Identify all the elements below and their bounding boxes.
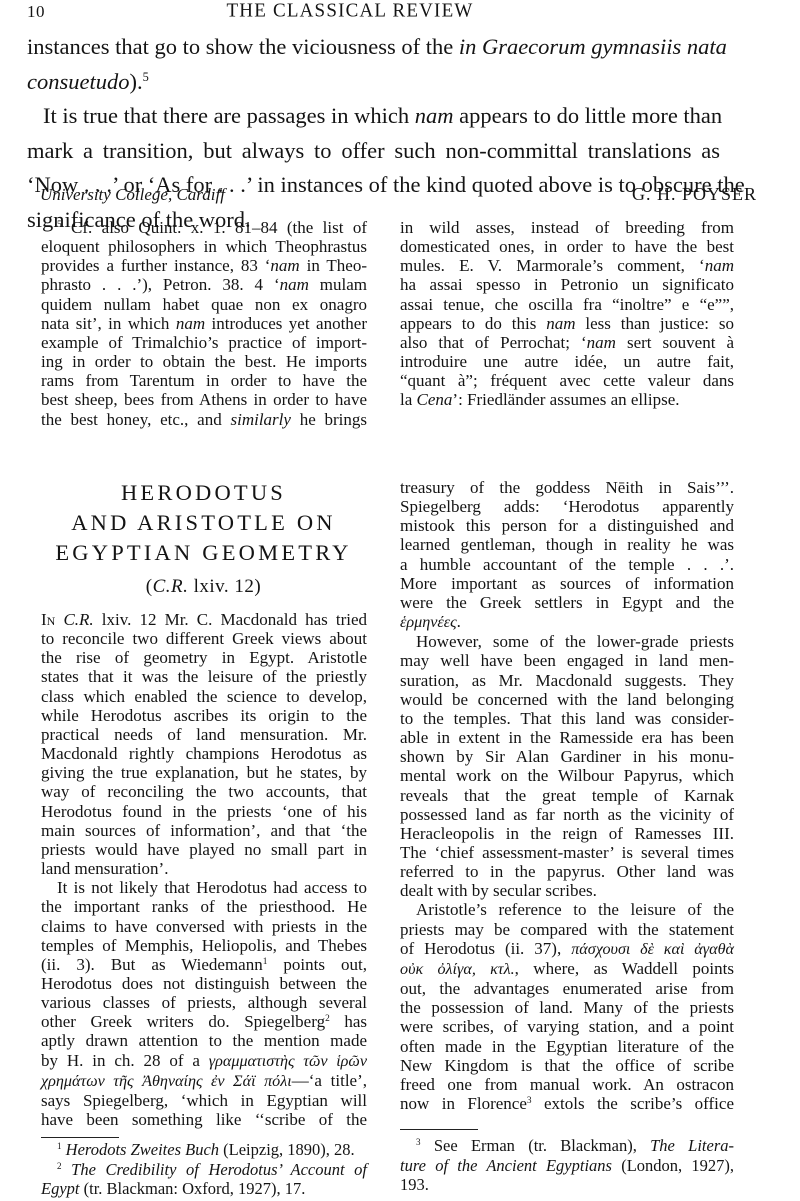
- text-line: land mensuration’.: [41, 859, 367, 878]
- footnote-marker: 2: [57, 1161, 62, 1171]
- text-span: nam: [270, 256, 299, 275]
- text-span: phrasto . . .’), Petron. 38. 4 ‘: [41, 275, 280, 294]
- text-line: instances that go to show the viciousnes…: [27, 30, 720, 65]
- footnote-5-left-column: 5 Cf. also Quint. x. 1. 81–84 (the list …: [41, 218, 367, 429]
- previous-article-text: instances that go to show the viciousnes…: [27, 30, 720, 237]
- text-line: possessed land as far north as the vicin…: [400, 805, 734, 824]
- article-right-column: treasury of the goddess Nēith in Sais’’’…: [400, 478, 734, 1113]
- text-span: priests would have played no small part …: [41, 840, 367, 859]
- text-span: claims to have conversed with priests in…: [41, 917, 367, 936]
- text-span: quidem nullam habet quae non ex onagro: [41, 295, 367, 314]
- text-span: However, some of the lower-grade priests: [416, 632, 734, 651]
- greek-text: χρημάτων τῆς Ἀθηναίης ἐν Σάϊ πόλι: [41, 1073, 292, 1090]
- text-span: by H. in ch. 28 of a: [41, 1051, 209, 1070]
- text-span: aptly drawn attention to the mention mad…: [41, 1031, 367, 1050]
- text-span: in Theo-: [300, 256, 367, 275]
- text-line: the possession of land. Many of the prie…: [400, 998, 734, 1017]
- text-line: 193.: [400, 1175, 734, 1195]
- text-span: were the Greek settlers in Egypt and the: [400, 593, 734, 612]
- text-line: appears to do this nam less than justice…: [400, 314, 734, 333]
- text-span: suration, as Mr. Macdonald suggests. The…: [400, 671, 734, 690]
- text-line: aptly drawn attention to the mention mad…: [41, 1031, 367, 1050]
- text-line: “quant à”; fréquent avec cette valeur da…: [400, 371, 734, 390]
- text-line: (ii. 3). But as Wiedemann1 points out,: [41, 955, 367, 974]
- initial-word: In: [41, 610, 55, 629]
- text-line: example of Trimalchio’s practice of impo…: [41, 333, 367, 352]
- text-span: Cena: [417, 390, 453, 409]
- text-span: shown by Sir Alan Gardiner in his monu-: [400, 747, 734, 766]
- text-span: often made in the Egyptian literature of…: [400, 1037, 734, 1056]
- text-span: See Erman (tr. Blackman),: [434, 1136, 650, 1155]
- text-line: reveals that the great temple of Karnak: [400, 786, 734, 805]
- text-line: best sheep, bees from Athens in order to…: [41, 390, 367, 409]
- text-line: suration, as Mr. Macdonald suggests. The…: [400, 671, 734, 690]
- text-line: In C.R. lxiv. 12 Mr. C. Macdonald has tr…: [41, 610, 367, 629]
- text-line: in wild asses, instead of breeding from: [400, 218, 734, 237]
- text-span: mistook this person for a distinguished …: [400, 516, 734, 535]
- text-span: extols the scribe’s office: [532, 1094, 734, 1113]
- author-name: G. H. POYSER: [632, 184, 757, 205]
- text-line: Macdonald rightly champions Herodotus as: [41, 744, 367, 763]
- text-line: way of reconciling the two accounts, tha…: [41, 782, 367, 801]
- footnote-rule: [400, 1129, 478, 1130]
- text-span: mulam: [309, 275, 367, 294]
- text-span: in wild asses, instead of breeding from: [400, 218, 734, 237]
- text-span: Herodots Zweites Buch: [66, 1140, 219, 1159]
- article-title-line: EGYPTIAN GEOMETRY: [40, 538, 367, 568]
- text-span: Herodotus does not distinguish between t…: [41, 974, 367, 993]
- text-line: various classes of priests, although sev…: [41, 993, 367, 1012]
- text-line: Heracleopolis in the reign of Ramesses I…: [400, 824, 734, 843]
- text-span: less than justice: so: [576, 314, 735, 333]
- text-line: The ‘chief assessment-master’ is several…: [400, 843, 734, 862]
- text-span: lxiv. 12 Mr. C. Macdonald has tried: [94, 610, 367, 629]
- text-span: says Spiegelberg, ‘which in Egyptian wil…: [41, 1091, 367, 1110]
- text-span: priests may be compared with the stateme…: [400, 920, 734, 939]
- text-span: Macdonald rightly champions Herodotus as: [41, 744, 367, 763]
- text-line: states that it was the leisure of the pr…: [41, 667, 367, 686]
- article-footnotes-right: 3 See Erman (tr. Blackman), The Litera-t…: [400, 1136, 734, 1195]
- text-line: the important ranks of the priesthood. H…: [41, 897, 367, 916]
- text-span: freed one from manual work. An ostracon: [400, 1075, 734, 1094]
- text-span: may well have been engaged in land men-: [400, 651, 734, 670]
- author-affiliation: University College, Cardiff: [40, 185, 225, 205]
- text-span: treasury of the goddess Nēith in Sais’’’…: [400, 478, 734, 497]
- text-span: C.R.: [55, 610, 93, 629]
- text-line: treasury of the goddess Nēith in Sais’’’…: [400, 478, 734, 497]
- text-span: reveals that the great temple of Karnak: [400, 786, 734, 805]
- text-line: eloquent philosophers in which Theophras…: [41, 237, 367, 256]
- text-line: It is true that there are passages in wh…: [27, 99, 720, 134]
- text-span: “quant à”; fréquent avec cette valeur da…: [400, 371, 734, 390]
- text-line: may well have been engaged in land men-: [400, 651, 734, 670]
- text-span: land mensuration’.: [41, 859, 168, 878]
- text-line: freed one from manual work. An ostracon: [400, 1075, 734, 1094]
- text-line: 1 Herodots Zweites Buch (Leipzig, 1890),…: [41, 1140, 367, 1160]
- text-span: 193.: [400, 1175, 429, 1194]
- text-span: other Greek writers do. Spiegelberg: [41, 1012, 325, 1031]
- text-span: (tr. Blackman: Oxford, 1927), 17.: [80, 1179, 306, 1198]
- text-span: the possession of land. Many of the prie…: [400, 998, 734, 1017]
- text-span: learned gentleman, though in reality he …: [400, 535, 734, 554]
- text-span: practical needs of land mensuration. Mr.: [41, 725, 367, 744]
- text-span: possessed land as far north as the vicin…: [400, 805, 734, 824]
- text-line: Herodotus does not distinguish between t…: [41, 974, 367, 993]
- text-span: out, the advantages enumerated arise fro…: [400, 979, 734, 998]
- text-span: temples of Memphis, Heliopolis, and Theb…: [41, 936, 367, 955]
- text-span: mules. E. V. Marmorale’s comment, ‘: [400, 256, 705, 275]
- text-line: often made in the Egyptian literature of…: [400, 1037, 734, 1056]
- text-span: More important as sources of information: [400, 574, 734, 593]
- text-span: ture of the Ancient Egyptians: [400, 1156, 612, 1175]
- text-span: would be concerned with the land belongi…: [400, 690, 734, 709]
- text-span: introduces yet another: [205, 314, 367, 333]
- text-span: The Credibility of Herodotus’ Account of: [71, 1160, 367, 1179]
- text-span: various classes of priests, although sev…: [41, 993, 367, 1012]
- footnote-5-right-column: in wild asses, instead of breeding fromd…: [400, 218, 734, 410]
- text-line: able in extent in the Ramesside era has …: [400, 728, 734, 747]
- text-span: Aristotle’s reference to the leisure of …: [416, 900, 734, 919]
- text-span: class which enabled the science to devel…: [41, 687, 367, 706]
- text-span: mental work on the Wilbour Papyrus, whic…: [400, 766, 734, 785]
- text-line: Egypt (tr. Blackman: Oxford, 1927), 17.: [41, 1179, 367, 1199]
- text-line: More important as sources of information: [400, 574, 734, 593]
- text-span: were scribes, of varying station, and a …: [400, 1017, 734, 1036]
- text-line: were the Greek settlers in Egypt and the: [400, 593, 734, 612]
- footnote-rule: [41, 1137, 119, 1138]
- text-span: ’: Friedländer assumes an ellipse.: [452, 390, 679, 409]
- text-span: a humble accountant of the temple . . .’…: [400, 555, 734, 574]
- text-line: temples of Memphis, Heliopolis, and Theb…: [41, 936, 367, 955]
- text-span: the best honey, etc., and: [41, 410, 230, 429]
- greek-text: πάσχουσι δὲ καὶ ἀγαθὰ: [571, 941, 734, 958]
- text-line: Spiegelberg adds: ‘Herodotus apparently: [400, 497, 734, 516]
- text-span: the rise of geometry in Egypt. Aristotle: [41, 648, 367, 667]
- text-line: to reconcile two different Greek views a…: [41, 629, 367, 648]
- text-span: Cf. also Quint. x. 1. 81–84 (the list of: [71, 218, 367, 237]
- text-line: learned gentleman, though in reality he …: [400, 535, 734, 554]
- text-span: ing in order to obtain the best. He impo…: [41, 352, 367, 371]
- text-line: mark a transition, but always to offer s…: [27, 134, 720, 169]
- text-span: Spiegelberg adds: ‘Herodotus apparently: [400, 497, 734, 516]
- text-line: 5 Cf. also Quint. x. 1. 81–84 (the list …: [41, 218, 367, 237]
- text-span: Egypt: [41, 1179, 80, 1198]
- text-span: assai tenue, che oscilla fra “inoltre” e…: [400, 295, 734, 314]
- text-line: ἑρμηνέες.: [400, 612, 734, 632]
- text-line: the rise of geometry in Egypt. Aristotle: [41, 648, 367, 667]
- text-span: rams from Tarentum in order to have the: [41, 371, 367, 390]
- text-line: quidem nullam habet quae non ex onagro: [41, 295, 367, 314]
- text-line: ha assai spesso in Petronio un significa…: [400, 275, 734, 294]
- text-span: Heracleopolis in the reign of Ramesses I…: [400, 824, 734, 843]
- text-span: have been something like ‘‘scribe of the: [41, 1110, 367, 1129]
- text-line: It is not likely that Herodotus had acce…: [41, 878, 367, 897]
- text-line: says Spiegelberg, ‘which in Egyptian wil…: [41, 1091, 367, 1110]
- text-line: οὐκ ὀλίγα, κτλ., where, as Waddell point…: [400, 959, 734, 979]
- text-line: out, the advantages enumerated arise fro…: [400, 979, 734, 998]
- text-span: also that of Perrochat; ‘: [400, 333, 587, 352]
- text-line: referred to in the papyrus. Other land w…: [400, 862, 734, 881]
- text-span: (ii. 3). But as Wiedemann: [41, 955, 263, 974]
- text-span: nam: [280, 275, 309, 294]
- text-span: appears to do this: [400, 314, 546, 333]
- text-span: referred to in the papyrus. Other land w…: [400, 862, 734, 881]
- text-span: giving the true explanation, but he stat…: [41, 763, 367, 782]
- text-span: example of Trimalchio’s practice of impo…: [41, 333, 367, 352]
- text-line: shown by Sir Alan Gardiner in his monu-: [400, 747, 734, 766]
- article-subtitle: (C.R. lxiv. 12): [40, 576, 367, 598]
- text-span: dealt with by secular scribes.: [400, 881, 597, 900]
- text-line: la Cena’: Friedländer assumes an ellipse…: [400, 390, 734, 409]
- text-line: χρημάτων τῆς Ἀθηναίης ἐν Σάϊ πόλι—‘a tit…: [41, 1071, 367, 1091]
- text-line: 3 See Erman (tr. Blackman), The Litera-: [400, 1136, 734, 1156]
- text-span: to the temples. That this land was consi…: [400, 709, 734, 728]
- text-span: nam: [705, 256, 734, 275]
- journal-title: THE CLASSICAL REVIEW: [0, 0, 700, 23]
- text-line: mental work on the Wilbour Papyrus, whic…: [400, 766, 734, 785]
- text-line: other Greek writers do. Spiegelberg2 has: [41, 1012, 367, 1031]
- text-span: —‘a title’,: [292, 1071, 367, 1090]
- text-span: introduire une autre idée, un autre fait…: [400, 352, 734, 371]
- text-span: The Litera-: [650, 1136, 734, 1155]
- greek-text: οὐκ ὀλίγα, κτλ.: [400, 961, 515, 978]
- article-footnotes-left: 1 Herodots Zweites Buch (Leipzig, 1890),…: [41, 1140, 367, 1199]
- text-line: Herodotus found in the priests ‘one of h…: [41, 802, 367, 821]
- text-line: provides a further instance, 83 ‘nam in …: [41, 256, 367, 275]
- text-span: while Herodotus ascribes its origin to t…: [41, 706, 367, 725]
- text-line: Aristotle’s reference to the leisure of …: [400, 900, 734, 919]
- text-line: domesticated ones, in order to have the …: [400, 237, 734, 256]
- article-title-block: HERODOTUS AND ARISTOTLE ON EGYPTIAN GEOM…: [40, 478, 367, 598]
- text-span: able in extent in the Ramesside era has …: [400, 728, 734, 747]
- text-span: eloquent philosophers in which Theophras…: [41, 237, 367, 256]
- text-line: phrasto . . .’), Petron. 38. 4 ‘nam mula…: [41, 275, 367, 294]
- text-span: best sheep, bees from Athens in order to…: [41, 390, 367, 409]
- text-line: mistook this person for a distinguished …: [400, 516, 734, 535]
- text-line: the best honey, etc., and similarly he b…: [41, 410, 367, 429]
- text-span: of Herodotus (ii. 37),: [400, 939, 571, 958]
- text-span: ha assai spesso in Petronio un significa…: [400, 275, 734, 294]
- text-line: assai tenue, che oscilla fra “inoltre” e…: [400, 295, 734, 314]
- greek-text: γραμματιστὴς τῶν ἱρῶν: [209, 1053, 367, 1070]
- text-span: to reconcile two different Greek views a…: [41, 629, 367, 648]
- text-line: by H. in ch. 28 of a γραμματιστὴς τῶν ἱρ…: [41, 1051, 367, 1071]
- text-span: the important ranks of the priesthood. H…: [41, 897, 367, 916]
- footnote-marker: 1: [57, 1141, 62, 1151]
- text-line: now in Florence3 extols the scribe’s off…: [400, 1094, 734, 1113]
- text-line: main sources of information’, and that ‘…: [41, 821, 367, 840]
- text-line: would be concerned with the land belongi…: [400, 690, 734, 709]
- text-span: way of reconciling the two accounts, tha…: [41, 782, 367, 801]
- text-span: nam: [587, 333, 616, 352]
- article-title-line: AND ARISTOTLE ON: [40, 508, 367, 538]
- text-span: , where, as Waddell points: [515, 959, 734, 978]
- text-span: (Leipzig, 1890), 28.: [219, 1140, 355, 1159]
- text-span: points out,: [267, 955, 367, 974]
- text-span: main sources of information’, and that ‘…: [41, 821, 367, 840]
- text-line: introduire une autre idée, un autre fait…: [400, 352, 734, 371]
- text-span: nam: [546, 314, 575, 333]
- greek-text: ἑρμηνέες: [400, 614, 457, 631]
- text-span: The ‘chief assessment-master’ is several…: [400, 843, 734, 862]
- text-line: consuetudo).5: [27, 65, 720, 100]
- text-line: New Kingdom is that the office of scribe: [400, 1056, 734, 1075]
- text-line: were scribes, of varying station, and a …: [400, 1017, 734, 1036]
- article-left-column: In C.R. lxiv. 12 Mr. C. Macdonald has tr…: [41, 610, 367, 1129]
- text-line: have been something like ‘‘scribe of the: [41, 1110, 367, 1129]
- text-line: claims to have conversed with priests in…: [41, 917, 367, 936]
- text-span: has: [330, 1012, 367, 1031]
- text-span: similarly: [230, 410, 290, 429]
- text-line: of Herodotus (ii. 37), πάσχουσι δὲ καὶ ἀ…: [400, 939, 734, 959]
- text-line: to the temples. That this land was consi…: [400, 709, 734, 728]
- text-span: It is not likely that Herodotus had acce…: [57, 878, 367, 897]
- text-span: he brings: [291, 410, 367, 429]
- text-span: states that it was the leisure of the pr…: [41, 667, 367, 686]
- text-line: However, some of the lower-grade priests: [400, 632, 734, 651]
- text-span: nata sit’, in which: [41, 314, 176, 333]
- text-line: priests may be compared with the stateme…: [400, 920, 734, 939]
- text-line: dealt with by secular scribes.: [400, 881, 734, 900]
- text-line: also that of Perrochat; ‘nam sert souven…: [400, 333, 734, 352]
- text-line: nata sit’, in which nam introduces yet a…: [41, 314, 367, 333]
- text-line: practical needs of land mensuration. Mr.: [41, 725, 367, 744]
- text-line: a humble accountant of the temple . . .’…: [400, 555, 734, 574]
- text-span: sert souvent à: [616, 333, 734, 352]
- text-line: giving the true explanation, but he stat…: [41, 763, 367, 782]
- text-line: rams from Tarentum in order to have the: [41, 371, 367, 390]
- text-line: ing in order to obtain the best. He impo…: [41, 352, 367, 371]
- text-span: .: [457, 612, 461, 631]
- text-span: (London, 1927),: [612, 1156, 734, 1175]
- text-span: New Kingdom is that the office of scribe: [400, 1056, 734, 1075]
- text-line: class which enabled the science to devel…: [41, 687, 367, 706]
- text-span: domesticated ones, in order to have the …: [400, 237, 734, 256]
- text-line: 2 The Credibility of Herodotus’ Account …: [41, 1160, 367, 1180]
- text-span: now in Florence: [400, 1094, 527, 1113]
- footnote-marker: 5: [57, 220, 62, 230]
- text-span: provides a further instance, 83 ‘: [41, 256, 270, 275]
- text-line: while Herodotus ascribes its origin to t…: [41, 706, 367, 725]
- text-line: priests would have played no small part …: [41, 840, 367, 859]
- text-line: mules. E. V. Marmorale’s comment, ‘nam: [400, 256, 734, 275]
- footnote-ref: 5: [143, 69, 149, 83]
- article-title-line: HERODOTUS: [40, 478, 367, 508]
- footnote-marker: 3: [416, 1137, 421, 1147]
- text-span: la: [400, 390, 417, 409]
- text-span: nam: [176, 314, 205, 333]
- text-span: Herodotus found in the priests ‘one of h…: [41, 802, 367, 821]
- text-line: ture of the Ancient Egyptians (London, 1…: [400, 1156, 734, 1176]
